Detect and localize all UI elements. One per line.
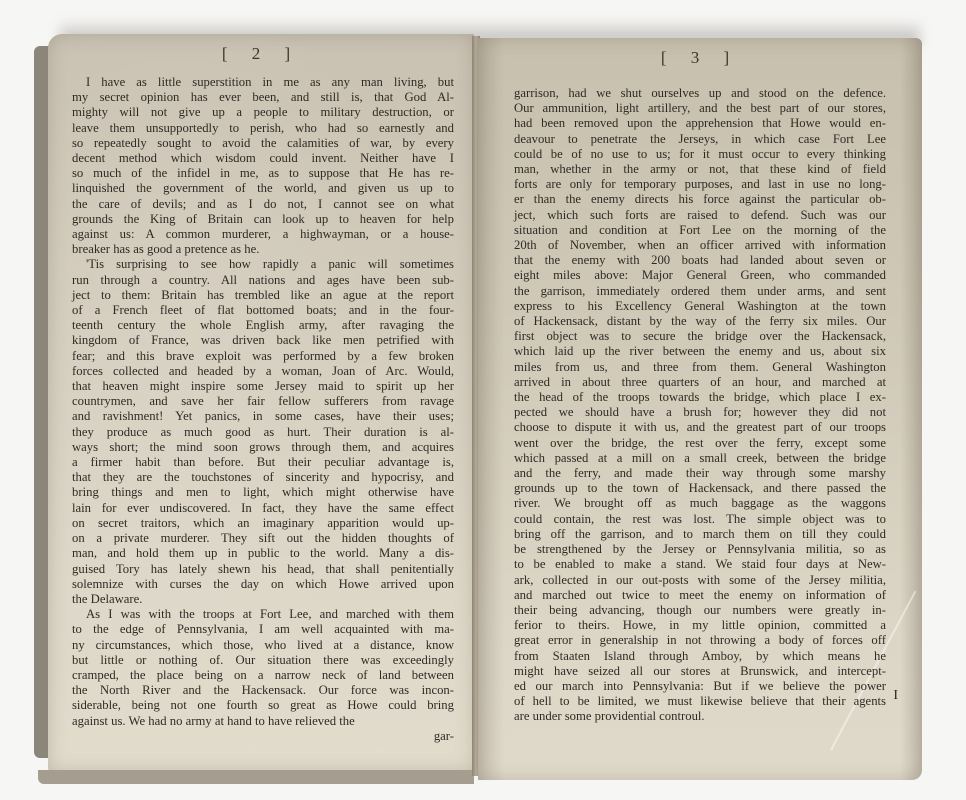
text-line: linquished the government of the world, … (72, 181, 454, 196)
text-line: Our ammunition, light artillery, and the… (514, 101, 886, 116)
page-number-right: [ 3 ] (478, 48, 922, 68)
right-page: [ 3 ] garrison, had we shut ourselves up… (478, 38, 922, 780)
text-line: and the ferry, and made their way throug… (514, 466, 886, 481)
text-line: from Staaten Island through Amboy, by wh… (514, 649, 886, 664)
text-line: of a French fleet of flat bottomed boats… (72, 303, 454, 318)
text-line: that the enemy with 200 boats had landed… (514, 253, 886, 268)
text-line: As I was with the troops at Fort Lee, an… (72, 607, 454, 622)
text-line: and ravishment! Yet panics, in some case… (72, 409, 454, 424)
text-line: grounds the King of Britain can look up … (72, 212, 454, 227)
text-line: went over the bridge, the rest over the … (514, 436, 886, 451)
text-line: on a private murderer. They sift out the… (72, 531, 454, 546)
text-line: mighty will not give up a people to mili… (72, 105, 454, 120)
text-line: 'Tis surprising to see how rapidly a pan… (72, 257, 454, 272)
text-line: so repeatedly sought to avoid the calami… (72, 136, 454, 151)
text-line: the Delaware. (72, 592, 454, 607)
text-line: kingdom of France, was driven back like … (72, 333, 454, 348)
text-line: could contain, the rest was lost. The si… (514, 512, 886, 527)
text-line: run through a country. All nations and a… (72, 273, 454, 288)
open-pamphlet: [ 2 ] I have as little superstition in m… (0, 0, 966, 800)
text-line: of Hackensack, distant by the way of the… (514, 314, 886, 329)
signature-mark: I (893, 688, 898, 704)
text-line: ny circumstances, which those, who lived… (72, 638, 454, 653)
catchword: gar- (72, 729, 454, 744)
text-line: against us: A common murderer, a highway… (72, 227, 454, 242)
text-line: ways short; the mind soon grows through … (72, 440, 454, 455)
text-line: ed our march into Pennsylvania: But if w… (514, 679, 886, 694)
text-line: ferior to theirs. Howe, in my little opi… (514, 618, 886, 633)
text-line: river. We brought off as much baggage as… (514, 496, 886, 511)
text-line: to the edge of Pennsylvania, I am well a… (72, 622, 454, 637)
text-line: leave them unsupportedly to perish, who … (72, 121, 454, 136)
text-line: so much of the infidel in me, as to supp… (72, 166, 454, 181)
text-line: lain for ever undiscovered. In fact, the… (72, 501, 454, 516)
text-line: they produce as much good as hurt. Their… (72, 425, 454, 440)
text-line: a firmer habit than before. But their pe… (72, 455, 454, 470)
page-number-left: [ 2 ] (48, 44, 474, 64)
text-line: pected we should have a brush for; howev… (514, 405, 886, 420)
text-line: against us. We had no army at hand to ha… (72, 714, 454, 729)
text-line: er than the enemy directs his force agai… (514, 192, 886, 207)
text-line: that they are the touchstones of sinceri… (72, 470, 454, 485)
text-line: might have seized all our stores at Brun… (514, 664, 886, 679)
text-line: fear; and this brave exploit was perform… (72, 349, 454, 364)
text-line: deavour to penetrate the Jerseys, in whi… (514, 132, 886, 147)
right-page-text: garrison, had we shut ourselves up and s… (514, 86, 886, 725)
text-line: which passed at a mill on a small creek,… (514, 451, 886, 466)
text-line: to be enabled to make a stand. We staid … (514, 557, 886, 572)
left-page-text: I have as little superstition in me as a… (72, 75, 454, 744)
text-line: their being advancing, though our number… (514, 603, 886, 618)
text-line: breaker has as good a pretence as he. (72, 242, 454, 257)
text-line: choose to dispute it with us, and the gr… (514, 420, 886, 435)
text-line: ject to them: Britain has trembled like … (72, 288, 454, 303)
text-line: guised Tory has lately shewn his head, t… (72, 562, 454, 577)
left-page: [ 2 ] I have as little superstition in m… (48, 34, 474, 772)
text-line: which laid up the river between the enem… (514, 344, 886, 359)
text-line: man, whether in the army or not, that th… (514, 162, 886, 177)
text-line: and marched out twice to meet the enemy … (514, 588, 886, 603)
text-line: ark, collected in our out-posts with som… (514, 573, 886, 588)
text-line: siderable, being not one fourth so great… (72, 698, 454, 713)
text-line: forts are only for temporary purposes, a… (514, 177, 886, 192)
text-line: decent method which wisdom could invent.… (72, 151, 454, 166)
text-line: eight miles above: Major General Green, … (514, 268, 886, 283)
text-line: be strengthened by the Jersey or Pennsyl… (514, 542, 886, 557)
text-line: had been removed upon the apprehension t… (514, 116, 886, 131)
text-line: I have as little superstition in me as a… (72, 75, 454, 90)
text-line: bring things and men to light, which mig… (72, 485, 454, 500)
text-line: countrymen, and save her fair fellow suf… (72, 394, 454, 409)
text-line: 20th of November, when an officer arrive… (514, 238, 886, 253)
text-line: the head of the troops towards the bridg… (514, 390, 886, 405)
text-line: my secret opinion has ever been, and sti… (72, 90, 454, 105)
text-line: are under some providential controul. (514, 709, 886, 724)
text-line: on secret traitors, which an imaginary a… (72, 516, 454, 531)
text-line: arrived in about three quarters of an ho… (514, 375, 886, 390)
text-line: of hell to be limited, we must likewise … (514, 694, 886, 709)
text-line: cramped, the place being on a narrow nec… (72, 668, 454, 683)
text-line: bring off the garrison, and to march the… (514, 527, 886, 542)
text-line: could be of no use to us; for it must oc… (514, 147, 886, 162)
text-line: situation and condition at Fort Lee on t… (514, 223, 886, 238)
text-line: ject, which such forts are raised to def… (514, 208, 886, 223)
text-line: first object was to secure the bridge ov… (514, 329, 886, 344)
text-line: teenth century the whole English army, a… (72, 318, 454, 333)
text-line: the care of devils; and as I do not, I c… (72, 197, 454, 212)
page-bottom-edge (38, 770, 474, 784)
text-line: grounds up to the town of Hackensack, an… (514, 481, 886, 496)
text-line: express to his Excellency General Washin… (514, 299, 886, 314)
text-line: solemnize with curses the day on which H… (72, 577, 454, 592)
text-line: that heaven might inspire some Jersey ma… (72, 379, 454, 394)
text-line: forces collected and headed by a woman, … (72, 364, 454, 379)
text-line: the garrison, immediately ordered them u… (514, 284, 886, 299)
text-line: garrison, had we shut ourselves up and s… (514, 86, 886, 101)
text-line: the North River and the Hackensack. Our … (72, 683, 454, 698)
text-line: great error in generalship in not throwi… (514, 633, 886, 648)
text-line: miles from us, and three from them. Gene… (514, 360, 886, 375)
text-line: man, and hold them up in public to the w… (72, 546, 454, 561)
text-line: but little or nothing of. Our situation … (72, 653, 454, 668)
